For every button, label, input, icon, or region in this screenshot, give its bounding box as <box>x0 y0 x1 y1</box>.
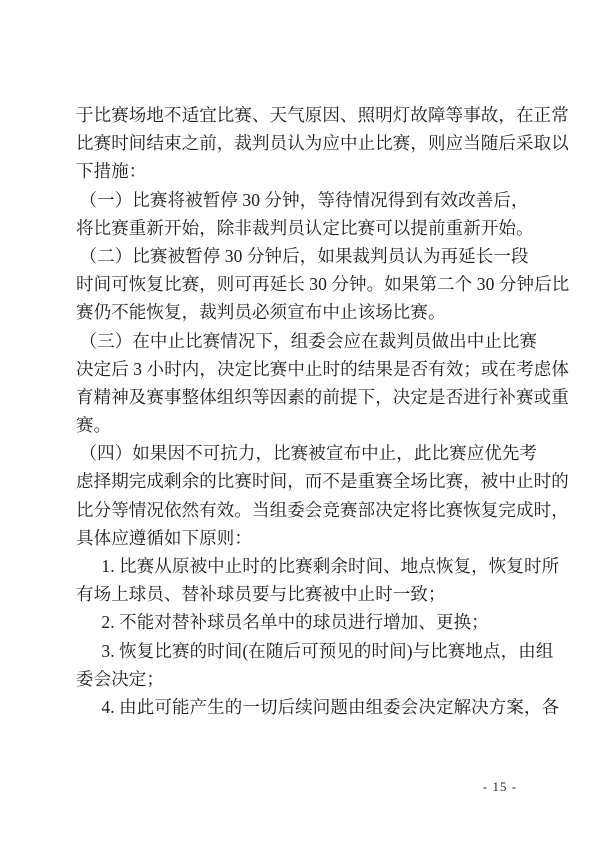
text-line: 决定后 3 小时内，决定比赛中止时的结果是否有效；或在考虑体 <box>76 355 570 383</box>
text-line: 比分等情况依然有效。当组委会竞赛部决定将比赛恢复完成时， <box>76 496 570 524</box>
text-line: （二）比赛被暂停 30 分钟后，如果裁判员认为再延长一段 <box>76 242 570 270</box>
text-line: 4. 由此可能产生的一切后续问题由组委会决定解决方案，各 <box>76 693 570 721</box>
text-line: （四）如果因不可抗力，比赛被宣布中止，此比赛应优先考 <box>76 439 570 467</box>
document-page: 于比赛场地不适宜比赛、天气原因、照明灯故障等事故，在正常比赛时间结束之前，裁判员… <box>0 0 595 842</box>
text-line: 于比赛场地不适宜比赛、天气原因、照明灯故障等事故，在正常 <box>76 101 570 129</box>
text-line: 育精神及赛事整体组织等因素的前提下，决定是否进行补赛或重 <box>76 383 570 411</box>
text-line: （一）比赛将被暂停 30 分钟，等待情况得到有效改善后， <box>76 186 570 214</box>
text-line: 委会决定； <box>76 665 570 693</box>
text-line: 有场上球员、替补球员要与比赛被中止时一致； <box>76 580 570 608</box>
text-line: 3. 恢复比赛的时间(在随后可预见的时间)与比赛地点，由组 <box>76 637 570 665</box>
text-line: 比赛时间结束之前，裁判员认为应中止比赛，则应当随后采取以 <box>76 129 570 157</box>
text-line: （三）在中止比赛情况下，组委会应在裁判员做出中止比赛 <box>76 327 570 355</box>
text-line: 2. 不能对替补球员名单中的球员进行增加、更换； <box>76 608 570 636</box>
text-line: 赛。 <box>76 411 570 439</box>
text-line: 下措施： <box>76 157 570 185</box>
text-line: 时间可恢复比赛，则可再延长 30 分钟。如果第二个 30 分钟后比 <box>76 270 570 298</box>
text-line: 1. 比赛从原被中止时的比赛剩余时间、地点恢复，恢复时所 <box>76 552 570 580</box>
body-text: 于比赛场地不适宜比赛、天气原因、照明灯故障等事故，在正常比赛时间结束之前，裁判员… <box>76 101 570 721</box>
text-line: 赛仍不能恢复，裁判员必须宣布中止该场比赛。 <box>76 298 570 326</box>
page-number: - 15 - <box>480 779 520 795</box>
text-line: 具体应遵循如下原则： <box>76 524 570 552</box>
text-line: 将比赛重新开始，除非裁判员认定比赛可以提前重新开始。 <box>76 214 570 242</box>
text-line: 虑择期完成剩余的比赛时间，而不是重赛全场比赛，被中止时的 <box>76 467 570 495</box>
